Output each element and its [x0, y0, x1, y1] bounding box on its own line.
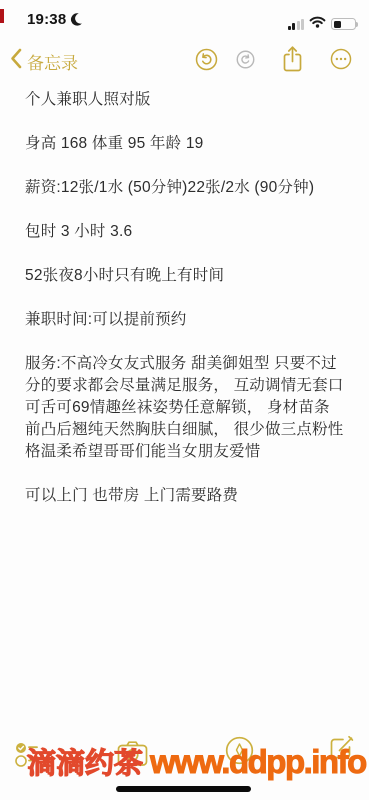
screen-edge-artifact	[0, 9, 4, 23]
nav-bar: 备忘录	[0, 44, 369, 82]
share-button[interactable]	[282, 45, 303, 73]
watermark: 滴滴约茶 www.ddpp.info	[27, 741, 366, 782]
battery-icon	[331, 18, 356, 30]
back-button[interactable]: 备忘录	[10, 48, 78, 74]
home-indicator[interactable]	[116, 786, 251, 792]
back-label: 备忘录	[27, 49, 78, 74]
camera-button[interactable]	[117, 740, 148, 767]
note-title-line: 个人兼职人照对版	[25, 89, 345, 111]
redo-button[interactable]	[236, 50, 255, 69]
notes-app-screen: 19:38	[0, 0, 369, 800]
do-not-disturb-moon-icon	[70, 12, 85, 27]
note-paragraph: 52张夜8小时只有晚上有时间	[25, 265, 345, 287]
wifi-icon	[309, 15, 326, 33]
clock-text: 19:38	[27, 11, 66, 28]
compose-note-button[interactable]	[329, 735, 355, 761]
status-icons	[288, 15, 357, 33]
undo-button[interactable]	[195, 48, 218, 71]
note-paragraph: 兼职时间:可以提前预约	[25, 309, 345, 331]
back-chevron-icon	[10, 48, 22, 74]
markup-pen-button[interactable]	[225, 736, 254, 765]
note-paragraph: 身高 168 体重 95 年龄 19	[25, 133, 345, 155]
note-paragraph: 可以上门 也带房 上门需要路费	[25, 485, 345, 507]
note-paragraph: 服务:不高冷女友式服务 甜美御姐型 只要不过分的要求都会尽量满足服务， 互动调情…	[25, 353, 345, 463]
note-body[interactable]: 个人兼职人照对版 身高 168 体重 95 年龄 19 薪资:12张/1水 (5…	[25, 89, 345, 529]
checklist-button[interactable]	[14, 741, 40, 769]
more-button[interactable]	[330, 48, 352, 70]
status-bar: 19:38	[0, 0, 369, 44]
note-paragraph: 薪资:12张/1水 (50分钟)22张/2水 (90分钟)	[25, 177, 345, 199]
cellular-signal-icon	[288, 19, 305, 30]
status-time: 19:38	[27, 11, 85, 28]
note-paragraph: 包时 3 小时 3.6	[25, 221, 345, 243]
